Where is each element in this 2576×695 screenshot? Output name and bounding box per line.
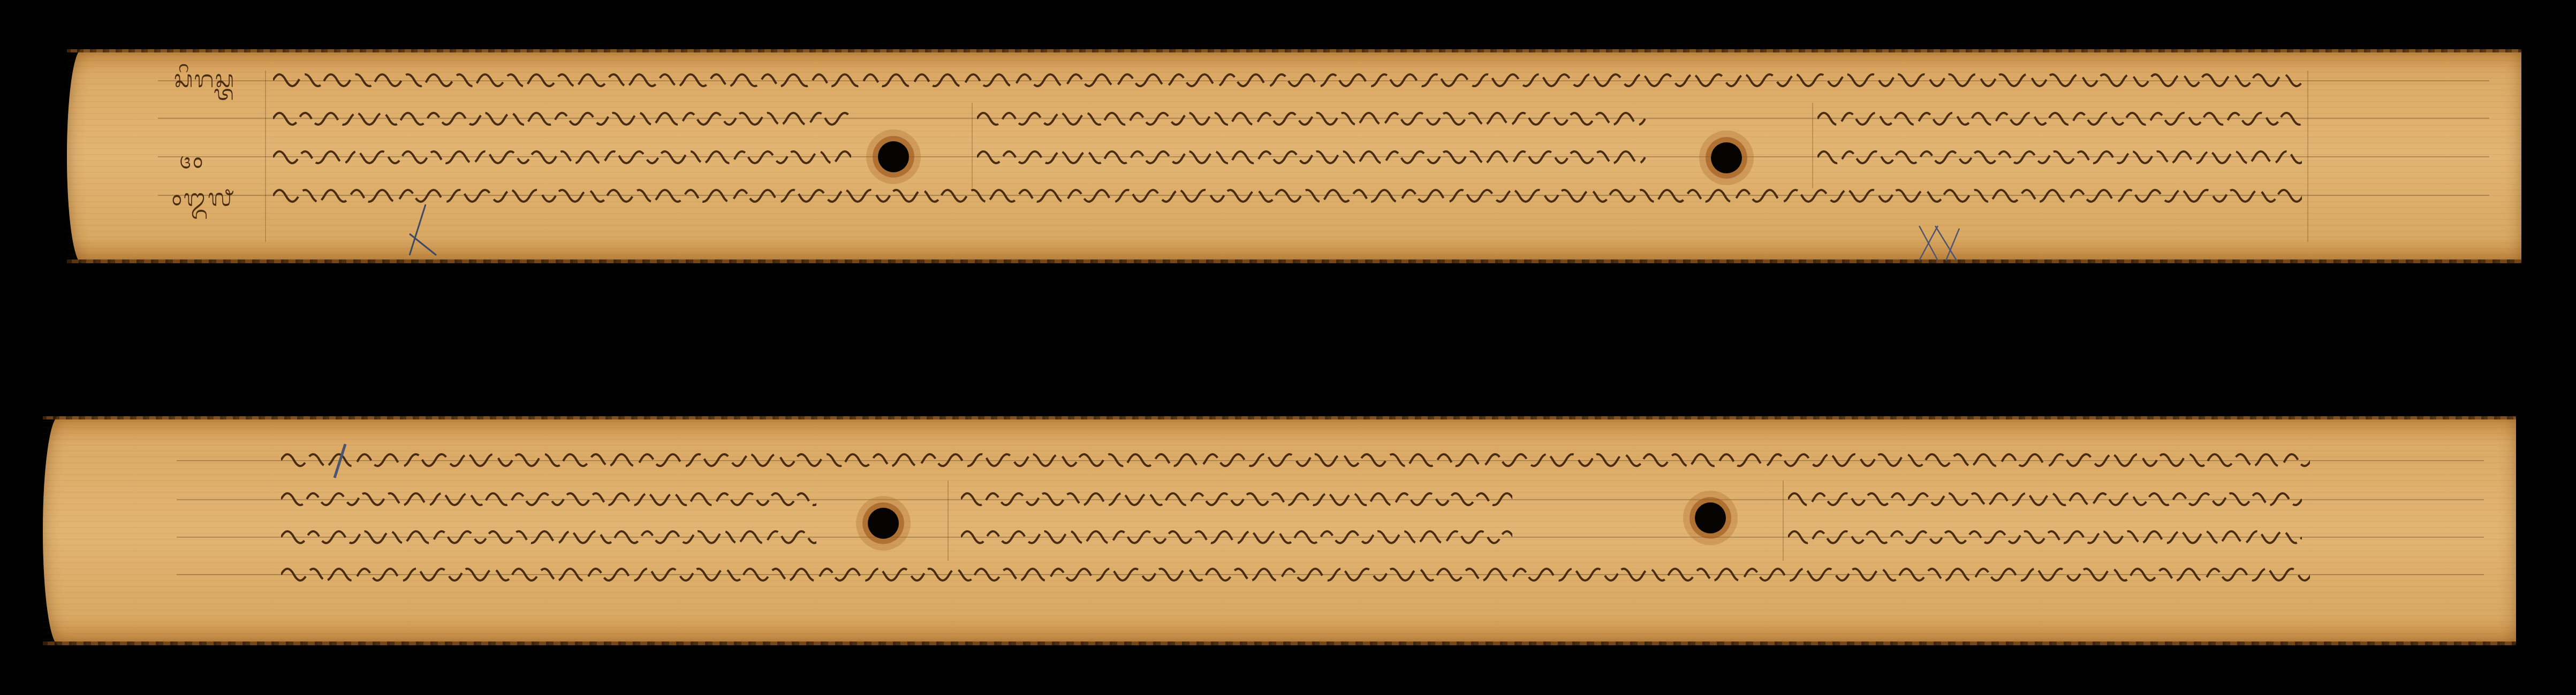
manuscript-line-4 (273, 180, 2302, 210)
margin-title: ᬲᬶᬭᬲ᭄ᬢ (174, 62, 235, 104)
manuscript-line-2-block-3 (1788, 483, 2302, 513)
manuscript-line-3-block-1 (281, 521, 816, 551)
leaf-edge (43, 416, 2516, 419)
leaf-number: ᭐᭓᭗ (171, 181, 234, 223)
manuscript-line-2-block-3 (1817, 103, 2302, 133)
manuscript-line-2-block-1 (273, 103, 851, 133)
manuscript-line-2-block-1 (281, 483, 816, 513)
manuscript-line-1 (281, 444, 2310, 474)
binding-hole (1711, 142, 1742, 173)
column-rule (265, 71, 266, 242)
manuscript-line-2-block-2 (961, 483, 1512, 513)
manuscript-line-3-block-2 (961, 521, 1512, 551)
pencil-mark-x (404, 204, 442, 258)
leaf-edge (67, 259, 2521, 263)
manuscript-line-1 (273, 64, 2302, 94)
pencil-stroke (332, 443, 348, 480)
palm-leaf-verso (43, 416, 2516, 645)
palm-leaf-recto: ᬲᬶᬭᬲ᭄ᬢ ᭔᭐ ᭐᭓᭗ (67, 49, 2521, 263)
manuscript-line-2-block-2 (977, 103, 1646, 133)
column-rule (1812, 103, 1813, 188)
pencil-mark-xx (1916, 226, 1965, 263)
column-rule (1783, 480, 1784, 561)
manuscript-line-3-block-2 (977, 141, 1646, 171)
manuscript-line-4 (281, 559, 2310, 589)
leaf-edge (67, 49, 2521, 52)
binding-hole (868, 508, 899, 539)
leaf-edge (43, 641, 2516, 645)
leaf-number: ᭔᭐ (179, 143, 204, 186)
binding-hole (878, 141, 909, 172)
column-rule (972, 103, 973, 188)
manuscript-line-3-block-1 (273, 141, 851, 171)
manuscript-line-3-block-3 (1788, 521, 2302, 551)
column-rule (948, 480, 949, 561)
manuscript-line-3-block-3 (1817, 141, 2302, 171)
column-rule (2307, 71, 2308, 242)
binding-hole (1695, 502, 1726, 533)
